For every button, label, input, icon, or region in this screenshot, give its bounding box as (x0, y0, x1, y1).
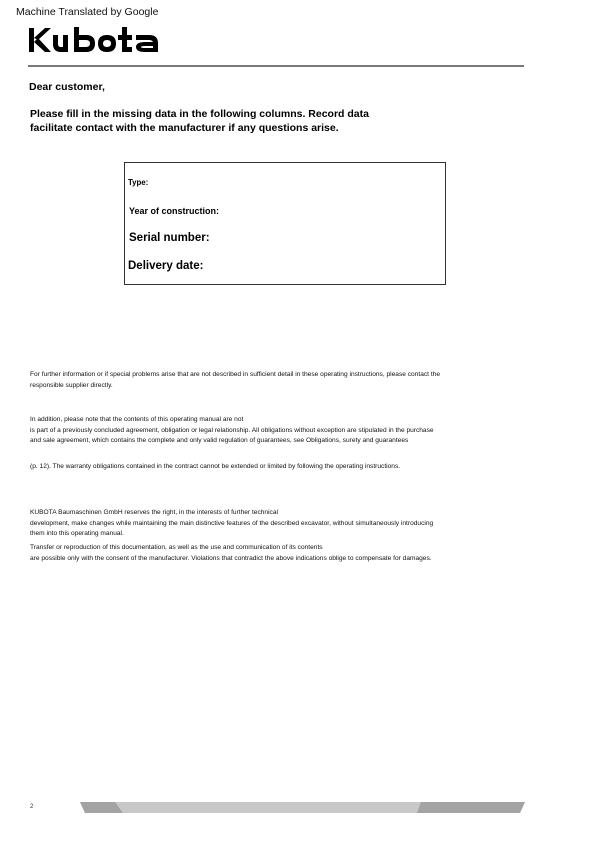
footer-bar-right (417, 802, 525, 813)
text-line: (p. 12). The warranty obligations contai… (30, 462, 400, 473)
delivery-date-label: Delivery date: (128, 260, 203, 272)
footer-bar (80, 802, 525, 813)
page-number: 2 (30, 804, 33, 810)
text-line: Transfer or reproduction of this documen… (30, 543, 432, 554)
text-line: and sale agreement, which contains the c… (30, 436, 434, 447)
greeting: Dear customer, (29, 81, 105, 93)
intro-line-1: Please fill in the missing data in the f… (30, 108, 369, 122)
text-line: development, make changes while maintain… (30, 519, 433, 530)
kubota-logo-icon (29, 24, 163, 58)
paragraph-further-information: For further information or if special pr… (30, 370, 440, 391)
text-line: them into this operating manual. (30, 529, 433, 540)
text-line: responsible supplier directly. (30, 381, 440, 392)
text-line: KUBOTA Baumaschinen GmbH reserves the ri… (30, 508, 433, 519)
machine-data-form: Type: Year of construction: Serial numbe… (124, 162, 446, 285)
text-line: is part of a previously concluded agreem… (30, 426, 434, 437)
type-label: Type: (128, 178, 148, 187)
paragraph-warranty: (p. 12). The warranty obligations contai… (30, 462, 400, 473)
intro-line-2: facilitate contact with the manufacturer… (30, 122, 369, 136)
text-line: For further information or if special pr… (30, 370, 440, 381)
intro-text: Please fill in the missing data in the f… (30, 108, 369, 135)
paragraph-changes-reserved: KUBOTA Baumaschinen GmbH reserves the ri… (30, 508, 433, 540)
year-of-construction-label: Year of construction: (129, 206, 219, 216)
paragraph-reproduction: Transfer or reproduction of this documen… (30, 543, 432, 564)
header-rule (28, 65, 524, 67)
text-line: are possible only with the consent of th… (30, 554, 432, 565)
machine-translation-banner: Machine Translated by Google (16, 6, 158, 18)
serial-number-label: Serial number: (129, 232, 210, 244)
paragraph-contract-notice: In addition, please note that the conten… (30, 415, 434, 447)
text-line: In addition, please note that the conten… (30, 415, 434, 426)
